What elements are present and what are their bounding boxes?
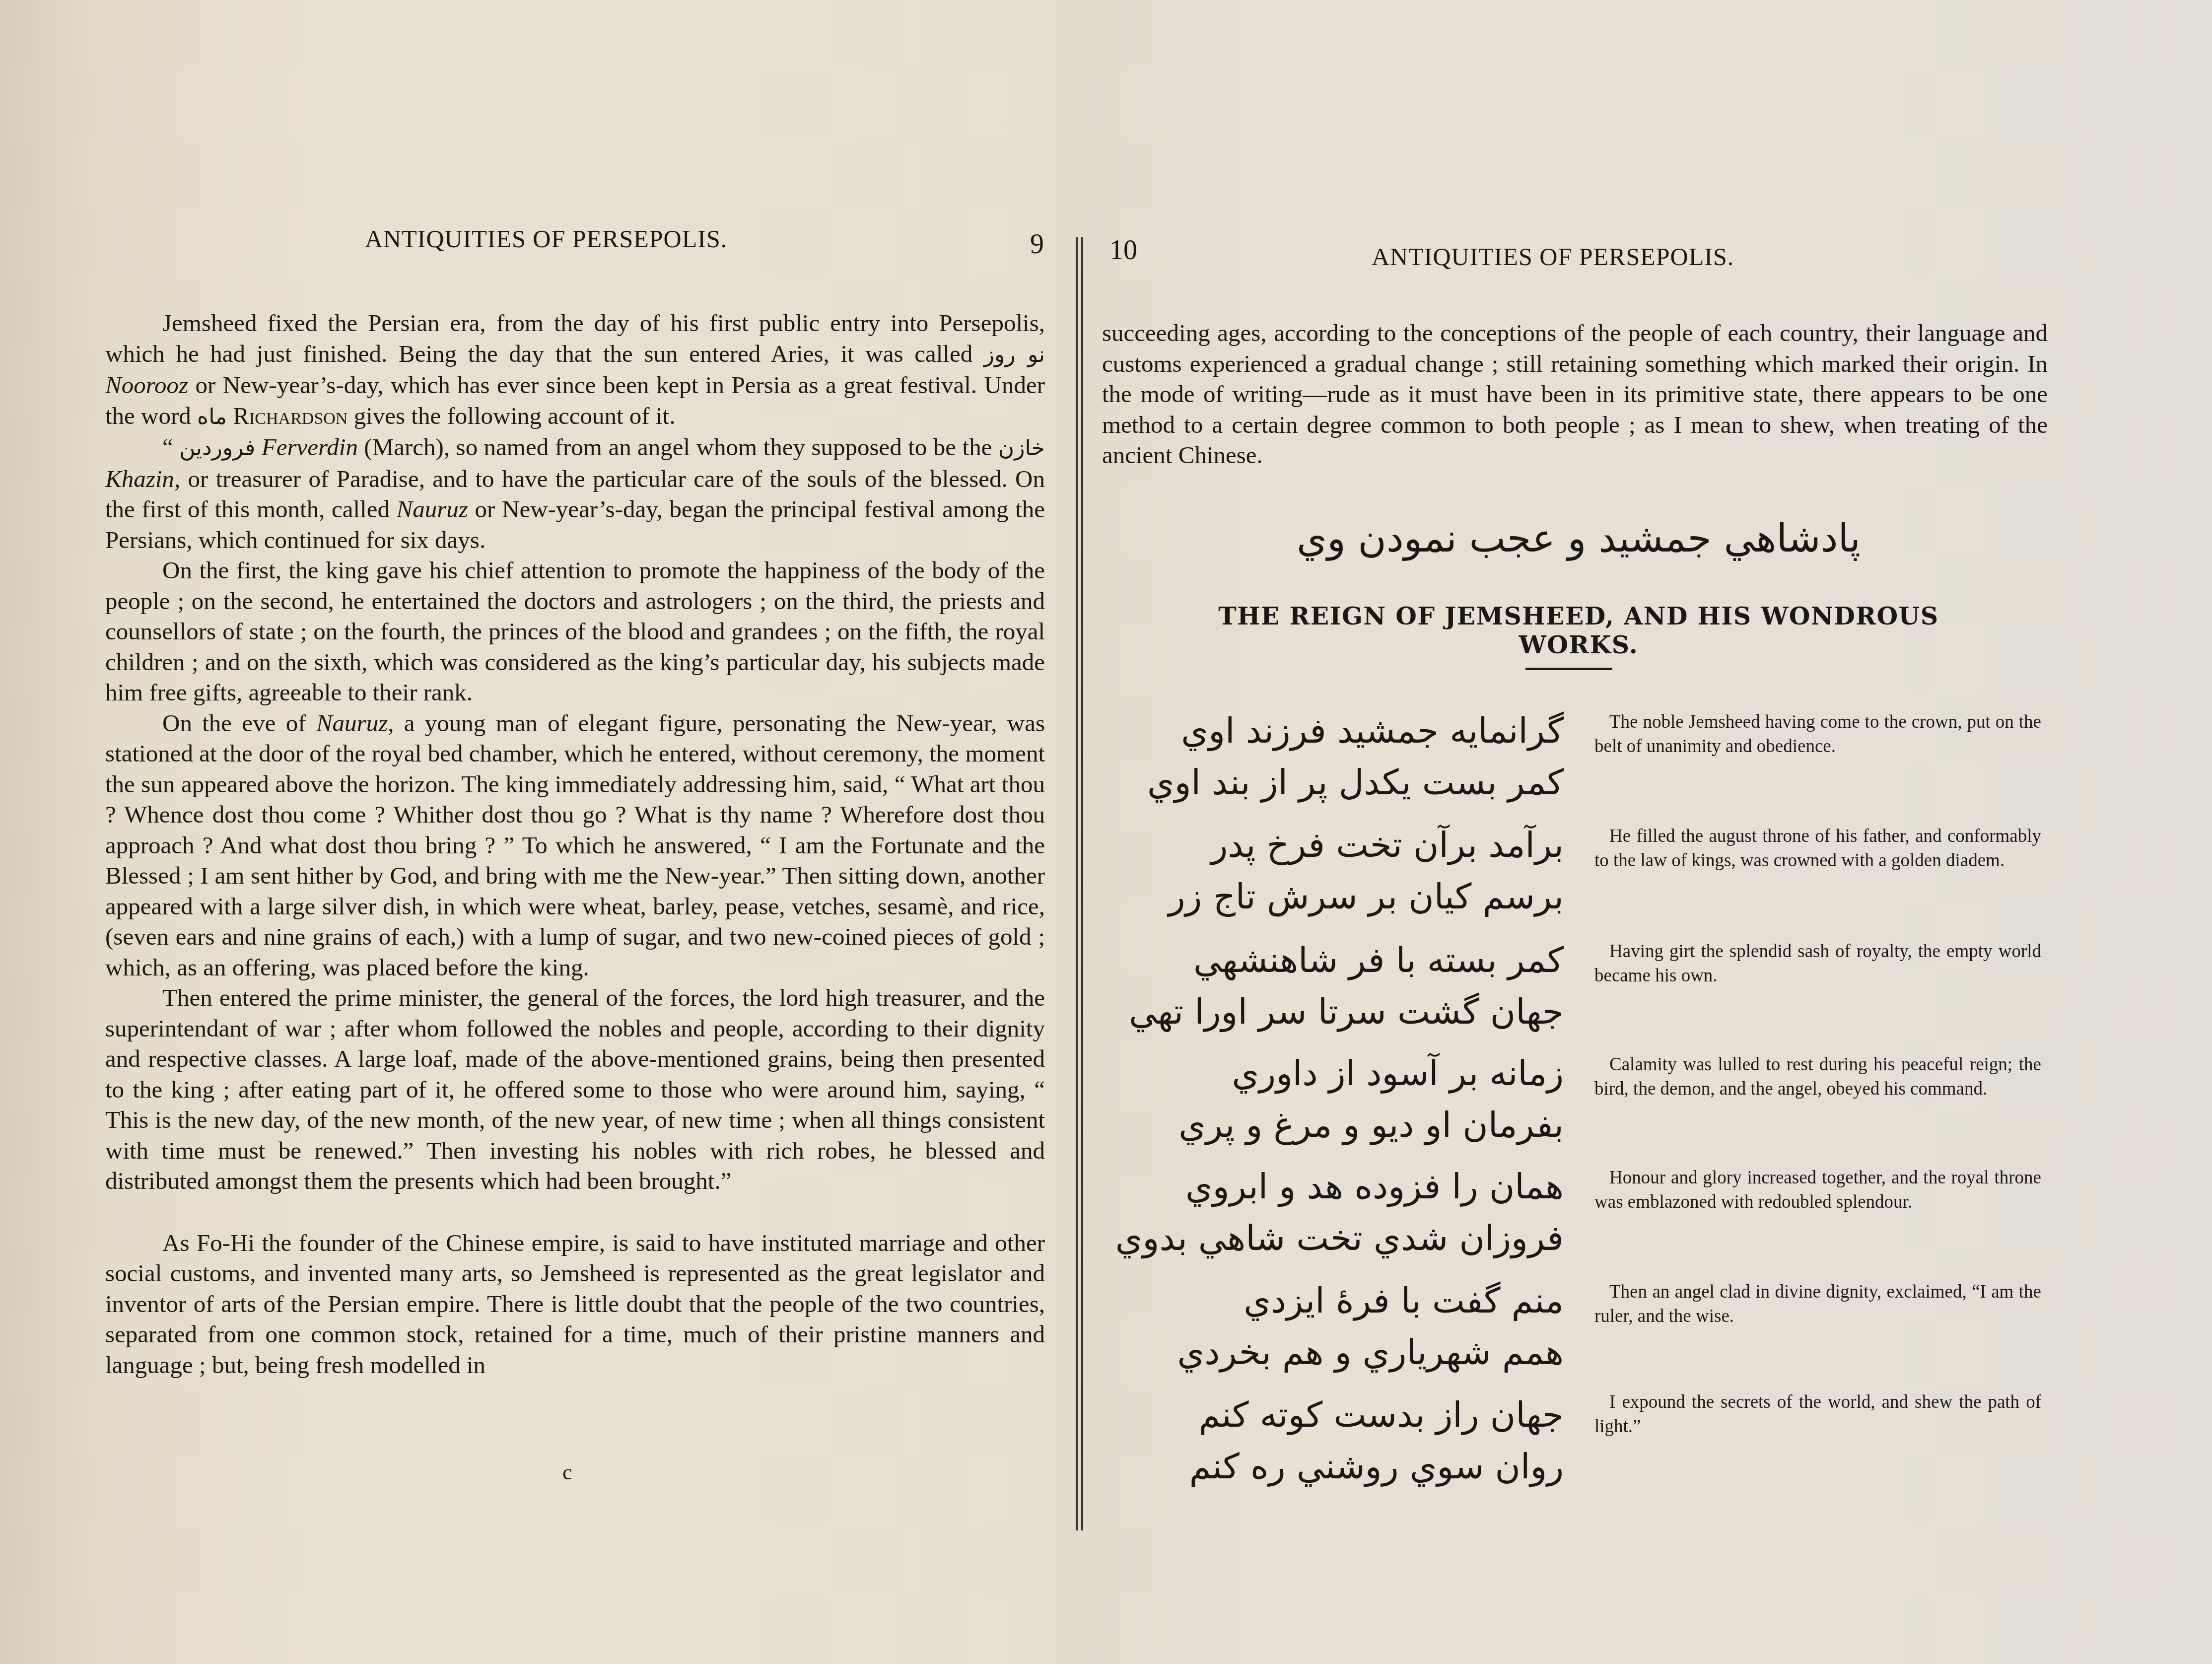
persian-couplet: گرانمايه جمشيد فرزند اويكمر بست يكدل پر … xyxy=(1107,705,1564,808)
section-divider-rule xyxy=(1525,668,1612,670)
body-paragraph: “ فروردين Ferverdin (March), so named fr… xyxy=(105,432,1045,555)
italic-term: Khazin xyxy=(105,465,174,492)
text-run: (March), so named from an angel whom the… xyxy=(358,433,998,461)
persian-couplet: جهان راز بدست كوته كنمروان سوي روشني ره … xyxy=(1107,1389,1564,1492)
text-run: As Fo-Hi the founder of the Chinese empi… xyxy=(105,1229,1045,1379)
signature-mark: c xyxy=(562,1459,572,1485)
author-name: Richardson xyxy=(233,402,347,429)
english-translation: Having girt the splendid sash of royalty… xyxy=(1594,939,2041,988)
italic-term: Noorooz xyxy=(105,371,188,399)
english-translation: The noble Jemsheed having come to the cr… xyxy=(1594,710,2041,759)
text-run xyxy=(255,433,261,461)
text-run: , a young man of elegant figure, persona… xyxy=(105,709,1045,981)
persian-hemistich: برآمد برآن تخت فرخ پدر xyxy=(1107,819,1564,871)
text-run: “ xyxy=(162,433,179,461)
italic-term: Nauruz xyxy=(316,709,388,737)
text-run: Jemsheed fixed the Persian era, from the… xyxy=(105,309,1045,367)
persian-hemistich: همم شهرياري و هم بخردي xyxy=(1107,1326,1564,1378)
body-paragraph: As Fo-Hi the founder of the Chinese empi… xyxy=(105,1228,1045,1381)
text-run: On the eve of xyxy=(162,709,316,737)
persian-hemistich: جهان راز بدست كوته كنم xyxy=(1107,1389,1564,1441)
section-title-english: THE REIGN OF JEMSHEED, AND HIS WONDROUS … xyxy=(1157,602,2001,659)
persian-hemistich: جهان گشت سرتا سر اورا تهي xyxy=(1107,986,1564,1038)
text-run: gives the following account of it. xyxy=(347,402,675,429)
persian-couplet: برآمد برآن تخت فرخ پدربرسم كيان بر سرش ت… xyxy=(1107,819,1564,922)
left-page: ANTIQUITIES OF PERSEPOLIS. 9 Jemsheed fi… xyxy=(0,0,1050,1664)
english-translation: Calamity was lulled to rest during his p… xyxy=(1594,1052,2041,1101)
paragraph-gap xyxy=(105,1196,1045,1228)
persian-hemistich: فروزان شدي تخت شاهي بدوي xyxy=(1107,1212,1564,1264)
persian-hemistich: همان را فزوده هد و ابروي xyxy=(1107,1161,1564,1212)
persian-word: فروردين xyxy=(179,435,255,461)
persian-hemistich: برسم كيان بر سرش تاج زر xyxy=(1107,871,1564,922)
persian-couplet: كمر بسته با فر شاهنشهيجهان گشت سرتا سر ا… xyxy=(1107,934,1564,1038)
left-body-text: Jemsheed fixed the Persian era, from the… xyxy=(105,308,1045,1380)
persian-couplet: همان را فزوده هد و ابرويفروزان شدي تخت ش… xyxy=(1107,1161,1564,1264)
section-title-persian: پادشاهي جمشيد و عجب نمودن وي xyxy=(1157,516,2001,561)
running-head-right: ANTIQUITIES OF PERSEPOLIS. xyxy=(1372,242,1734,271)
english-translation: Then an angel clad in divine dignity, ex… xyxy=(1594,1280,2041,1328)
body-paragraph: Then entered the prime minister, the gen… xyxy=(105,982,1045,1196)
persian-word: نو روز xyxy=(984,342,1045,367)
right-continuation-text: succeeding ages, according to the concep… xyxy=(1102,318,2048,471)
persian-hemistich: بفرمان او ديو و مرغ و پري xyxy=(1107,1099,1564,1151)
body-paragraph: On the eve of Nauruz, a young man of ele… xyxy=(105,708,1045,983)
persian-hemistich: كمر بسته با فر شاهنشهي xyxy=(1107,934,1564,986)
continuation-paragraph: succeeding ages, according to the concep… xyxy=(1102,318,2048,471)
english-translation: He filled the august throne of his fathe… xyxy=(1594,824,2041,873)
persian-hemistich: منم گفت با فرهٔ ايزدي xyxy=(1107,1275,1564,1326)
text-run: On the first, the king gave his chief at… xyxy=(105,556,1045,706)
english-translation: Honour and glory increased together, and… xyxy=(1594,1166,2041,1214)
english-translation: I expound the secrets of the world, and … xyxy=(1594,1390,2041,1439)
text-run: Then entered the prime minister, the gen… xyxy=(105,984,1045,1194)
page-number-10: 10 xyxy=(1109,234,1137,266)
italic-term: Nauruz xyxy=(397,495,468,523)
persian-couplet: منم گفت با فرهٔ ايزديهمم شهرياري و هم بخ… xyxy=(1107,1275,1564,1378)
persian-couplet: زمانه بر آسود از داوريبفرمان او ديو و مر… xyxy=(1107,1047,1564,1151)
persian-hemistich: گرانمايه جمشيد فرزند اوي xyxy=(1107,705,1564,757)
body-paragraph: Jemsheed fixed the Persian era, from the… xyxy=(105,308,1045,432)
page-number-9: 9 xyxy=(1030,228,1044,260)
persian-hemistich: زمانه بر آسود از داوري xyxy=(1107,1047,1564,1099)
persian-hemistich: كمر بست يكدل پر از بند اوي xyxy=(1107,757,1564,808)
persian-word: خازن xyxy=(998,435,1045,461)
text-run xyxy=(227,402,233,429)
running-head-left: ANTIQUITIES OF PERSEPOLIS. xyxy=(365,224,727,253)
persian-word: ماه xyxy=(197,404,227,429)
persian-hemistich: روان سوي روشني ره كنم xyxy=(1107,1441,1564,1492)
italic-term: Ferverdin xyxy=(262,433,358,461)
body-paragraph: On the first, the king gave his chief at… xyxy=(105,555,1045,708)
